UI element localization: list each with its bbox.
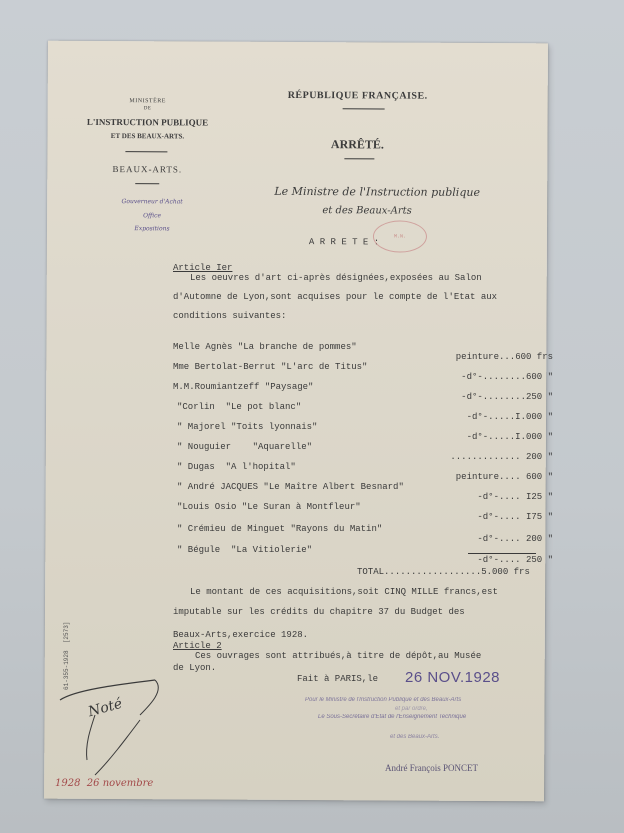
acquisition-price: -d°-.... 250 " bbox=[477, 555, 553, 565]
acquisition-artist-title: "Louis Osio "Le Suran à Montfleur" bbox=[177, 502, 361, 512]
department-label: BEAUX-ARTS. bbox=[87, 164, 207, 175]
signature-place: Fait à PARIS,le bbox=[297, 674, 378, 684]
department-divider bbox=[135, 183, 159, 184]
acquisition-artist-title: " Dugas "A l'hopital" bbox=[177, 462, 296, 472]
acquisition-artist-title: " Bégule "La Vitiolerie" bbox=[177, 545, 312, 555]
handwritten-annotation-icon bbox=[55, 670, 185, 780]
acquisition-artist-title: " Nouguier "Aquarelle" bbox=[177, 442, 312, 452]
acquisition-artist-title: M.M.Roumiantzeff "Paysage" bbox=[173, 382, 313, 392]
total-rule bbox=[468, 553, 536, 554]
official-stamp-line4: et des Beaux-Arts. bbox=[390, 734, 439, 740]
acquisition-row: Mme Bertolat-Berrut "L'arc de Titus" -d°… bbox=[173, 352, 553, 366]
official-stamp-line2: et par ordre, bbox=[395, 706, 428, 712]
acquisition-row: "Louis Osio "Le Suran à Montfleur" -d°-.… bbox=[177, 492, 553, 506]
acquisition-row: " André JACQUES "Le Maître Albert Besnar… bbox=[177, 472, 553, 486]
official-stamp-line1: Pour le Ministre de l'Instruction Publiq… bbox=[305, 697, 555, 703]
total-label: TOTAL bbox=[357, 567, 384, 577]
acquisition-row: " Nouguier "Aquarelle" ............. 200… bbox=[177, 432, 553, 446]
office-stamp-line3: Expositions bbox=[102, 225, 202, 233]
acquisition-artist-title: " André JACQUES "Le Maître Albert Besnar… bbox=[177, 482, 404, 492]
total-value: ..................5.000 frs bbox=[384, 567, 530, 577]
total-line: TOTAL..................5.000 frs bbox=[357, 567, 530, 577]
acquisition-artist-title: " Majorel "Toits lyonnais" bbox=[177, 422, 317, 432]
republic-heading: RÉPUBLIQUE FRANÇAISE. bbox=[248, 90, 468, 102]
acquisition-row: " Majorel "Toits lyonnais" -d°-.....I.00… bbox=[177, 412, 553, 426]
document-title: ARRÊTÉ. bbox=[287, 137, 427, 153]
handwritten-date: 1928 26 novembre bbox=[55, 778, 153, 789]
article1-text-line1: Les oeuvres d'art ci-après désignées,exp… bbox=[190, 273, 482, 283]
ministry-line3: L'INSTRUCTION PUBLIQUE bbox=[80, 117, 216, 128]
article1-text-line3: conditions suivantes: bbox=[173, 311, 286, 321]
acquisition-artist-title: Melle Agnès "La branche de pommes" bbox=[173, 342, 357, 352]
acquisition-row: Melle Agnès "La branche de pommes" peint… bbox=[173, 332, 553, 346]
acquisition-row: " Bégule "La Vitiolerie" -d°-.... 250 " bbox=[177, 535, 553, 549]
minister-line2: et des Beaux-Arts bbox=[307, 205, 427, 217]
arrete-label: A R R E T E : bbox=[309, 237, 379, 247]
header-divider bbox=[125, 151, 167, 152]
ministry-line4: ET DES BEAUX-ARTS. bbox=[87, 132, 207, 141]
acquisition-artist-title: " Crémieu de Minguet "Rayons du Matin" bbox=[177, 524, 382, 534]
acquisition-artist-title: Mme Bertolat-Berrut "L'arc de Titus" bbox=[173, 362, 367, 372]
republic-divider bbox=[343, 108, 385, 109]
ministry-seal: M.N. bbox=[373, 220, 427, 252]
date-stamp: 26 NOV.1928 bbox=[405, 669, 500, 686]
office-stamp-line2: Office bbox=[102, 212, 202, 220]
ministry-line2: DE bbox=[88, 106, 208, 112]
budget-line3: Beaux-Arts,exercice 1928. bbox=[173, 630, 308, 640]
official-stamp-line3: Le Sous-Secrétaire d'Etat de l'Enseignem… bbox=[318, 714, 548, 720]
article2-heading: Article 2 bbox=[173, 641, 222, 651]
acquisition-row: " Dugas "A l'hopital" peinture.... 600 " bbox=[177, 452, 553, 466]
article2-line1: Ces ouvrages sont attribués,à titre de d… bbox=[195, 651, 481, 661]
title-divider bbox=[344, 158, 374, 159]
acquisition-row: M.M.Roumiantzeff "Paysage" -d°-........2… bbox=[173, 372, 553, 386]
acquisition-row: " Crémieu de Minguet "Rayons du Matin" -… bbox=[177, 514, 553, 528]
minister-line1: Le Ministre de l'Instruction publique bbox=[247, 185, 507, 199]
ministry-line1: MINISTÈRE bbox=[88, 98, 208, 105]
signatory-name: André François PONCET bbox=[385, 763, 478, 773]
acquisition-artist-title: "Corlin "Le pot blanc" bbox=[177, 402, 301, 412]
article1-text-line2: d'Automne de Lyon,sont acquises pour le … bbox=[173, 292, 497, 302]
budget-line2: imputable sur les crédits du chapitre 37… bbox=[173, 607, 465, 617]
acquisition-row: "Corlin "Le pot blanc" -d°-.....I.000 " bbox=[177, 392, 553, 406]
article1-heading: Article Ier bbox=[173, 263, 232, 273]
office-stamp-line1: Gouverneur d'Achat bbox=[102, 198, 202, 206]
budget-line1: Le montant de ces acquisitions,soit CINQ… bbox=[190, 587, 498, 597]
